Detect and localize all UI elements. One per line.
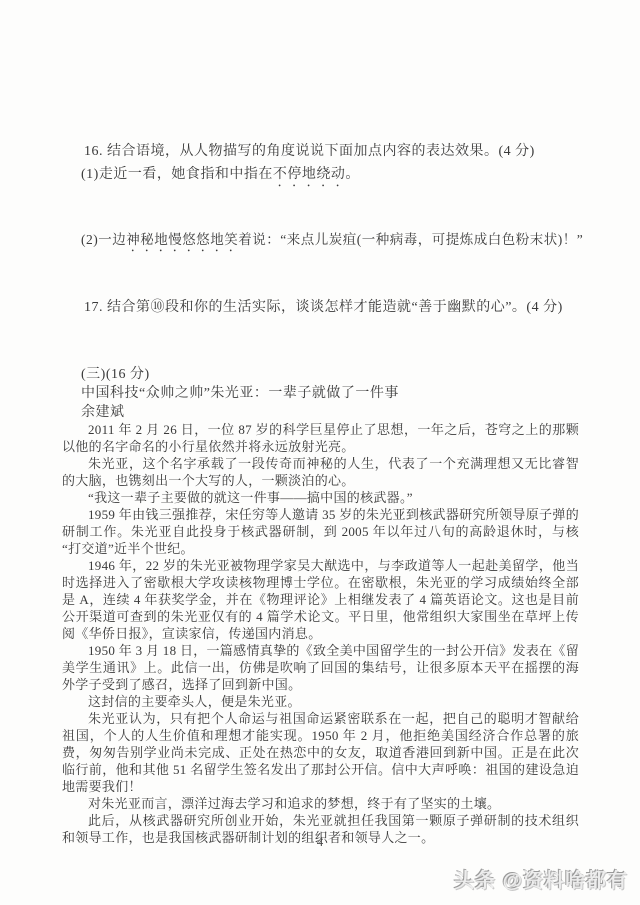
question-16-item-1: (1)走近一看，她食指和中指在不停地绕动。 <box>81 166 360 190</box>
article-paragraph: “我这一辈子主要做的就这一件事——搞中国的核武器。” <box>62 489 579 506</box>
article-paragraph: 1950 年 3 月 18 日，一篇感情真挚的《致全美中国留学生的一封公开信》发… <box>62 642 579 693</box>
item-2-post-text: 着说：“来点儿炭疽(一种病毒，可提炼成白色粉末状)！” <box>238 232 583 247</box>
article-paragraph: 这封信的主要牵头人，便是朱光亚。 <box>62 693 579 710</box>
scanned-exam-page: 16. 结合语境，从人物描写的角度说说下面加点内容的表达效果。(4 分) (1)… <box>0 0 640 905</box>
item-2-emphasized-text: 神秘地慢悠悠地笑 <box>126 232 238 247</box>
page-number: 4 <box>0 834 640 850</box>
article-paragraph: 对朱光亚而言，漂洋过海去学习和追求的梦想，终于有了坚实的土壤。 <box>62 795 579 812</box>
question-16-item-2: (2)一边神秘地慢悠悠地笑着说：“来点儿炭疽(一种病毒，可提炼成白色粉末状)！” <box>81 231 583 255</box>
item-1-post-text: 。 <box>345 167 360 182</box>
question-16-label: 16. 结合语境，从人物描写的角度说说下面加点内容的表达效果。(4 分) <box>84 143 535 161</box>
item-2-pre-text: (2)一边 <box>81 232 126 247</box>
article-paragraph: 1946 年，22 岁的朱光亚被物理学家吴大猷选中，与李政道等人一起赴美留学，他… <box>62 557 579 642</box>
toutiao-watermark: 头条 @资料啥都有 <box>454 864 628 893</box>
section-heading: (三)(16 分) <box>81 366 150 384</box>
article-paragraph: 1959 年由钱三强推荐，宋任穷等人邀请 35 岁的朱光亚到核武器研究所领导原子… <box>62 506 579 557</box>
item-1-emphasized-text: 不停地绕动 <box>273 167 346 182</box>
article-paragraph: 2011 年 2 月 26 日，一位 87 岁的科学巨星停止了思想，一年之后，苍… <box>62 421 579 455</box>
article-paragraph: 朱光亚，这个名字承载了一段传奇而神秘的人生，代表了一个充满理想又无比睿智的大脑，… <box>62 455 579 489</box>
article-paragraph: 朱光亚认为，只有把个人命运与祖国命运紧密联系在一起，把自己的聪明才智献给祖国，个… <box>62 710 579 795</box>
question-17-label: 17. 结合第⑩段和你的生活实际，谈谈怎样才能造就“善于幽默的心”。(4 分) <box>84 299 563 317</box>
article-title: 中国科技“众帅之帅”朱光亚：一辈子就做了一件事 <box>81 385 399 403</box>
item-1-pre-text: (1)走近一看，她食指和中指在 <box>81 167 273 182</box>
article-author: 余建斌 <box>81 404 125 422</box>
article-body: 2011 年 2 月 26 日，一位 87 岁的科学巨星停止了思想，一年之后，苍… <box>62 421 579 846</box>
